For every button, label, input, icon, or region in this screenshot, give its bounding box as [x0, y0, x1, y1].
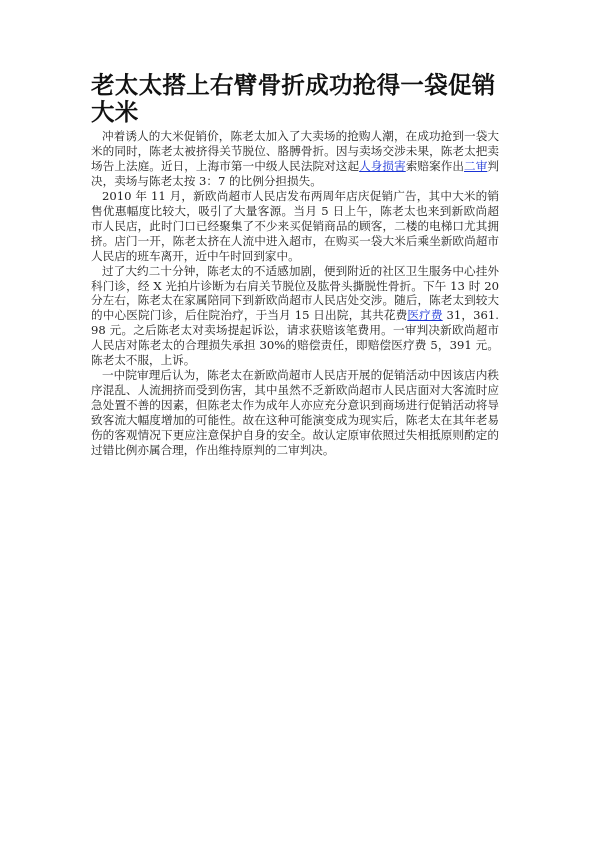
link-medical-expenses[interactable]: 医疗费 [407, 308, 442, 322]
link-personal-injury[interactable]: 人身损害 [359, 159, 406, 173]
link-second-instance[interactable]: 二审 [464, 159, 487, 173]
paragraph-4: 一中院审理后认为，陈老太在新欧尚超市人民店开展的促销活动中因该店内秩序混乱、人流… [91, 368, 499, 458]
paragraph-1: 冲着诱人的大米促销价，陈老太加入了大卖场的抢购人潮，在成功抢到一袋大米的同时，陈… [91, 129, 499, 189]
paragraph-2: 2010 年 11 月，新欧尚超市人民店发布两周年店庆促销广告，其中大米的销售优… [91, 189, 499, 264]
paragraph-3: 过了大约二十分钟，陈老太的不适感加剧，便到附近的社区卫生服务中心挂外科门诊，经 … [91, 264, 499, 369]
paragraph-text: 索赔案作出 [406, 159, 464, 173]
paragraph-text: 2010 年 11 月，新欧尚超市人民店发布两周年店庆促销广告，其中大米的销售优… [91, 189, 499, 263]
article-title: 老太太搭上右臂骨折成功抢得一袋促销大米 [91, 72, 499, 126]
paragraph-text: 一中院审理后认为，陈老太在新欧尚超市人民店开展的促销活动中因该店内秩序混乱、人流… [91, 368, 499, 457]
document-page: 老太太搭上右臂骨折成功抢得一袋促销大米 冲着诱人的大米促销价，陈老太加入了大卖场… [91, 72, 499, 458]
